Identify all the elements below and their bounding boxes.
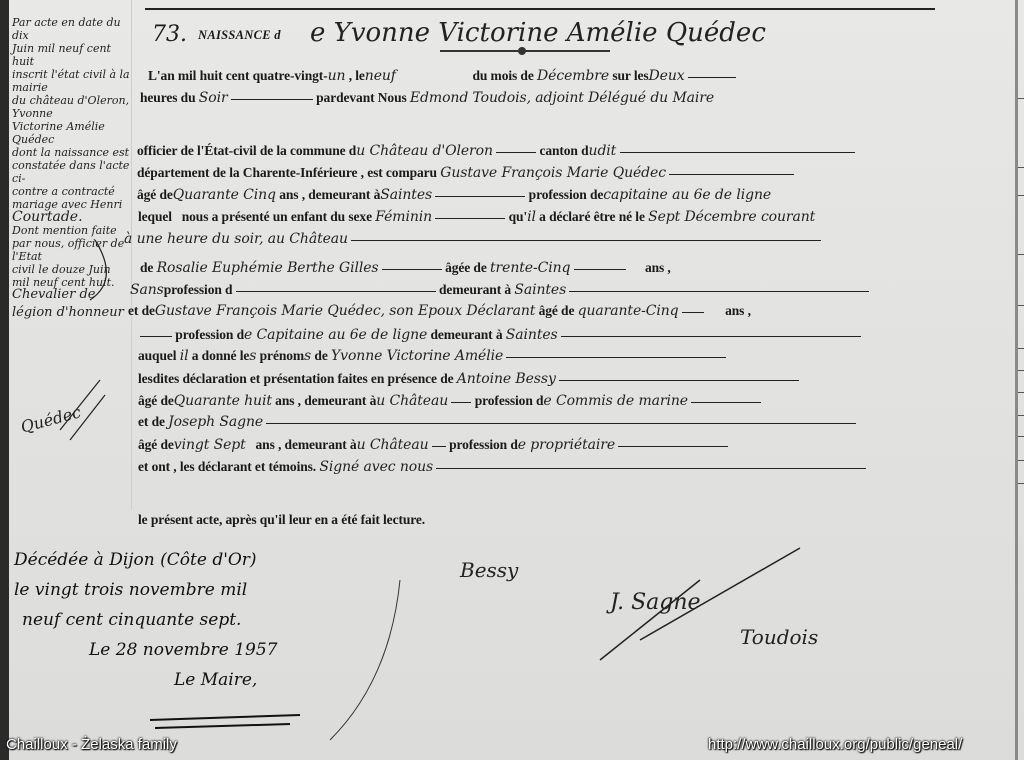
watermark-family: Chailloux - Żelaska family <box>6 736 177 753</box>
pen-strokes <box>0 0 1024 760</box>
watermark-url[interactable]: http://www.chailloux.org/public/geneal/ <box>708 736 962 753</box>
birth-record-page: 73. NAISSANCE d e Yvonne Victorine Améli… <box>0 0 1024 760</box>
